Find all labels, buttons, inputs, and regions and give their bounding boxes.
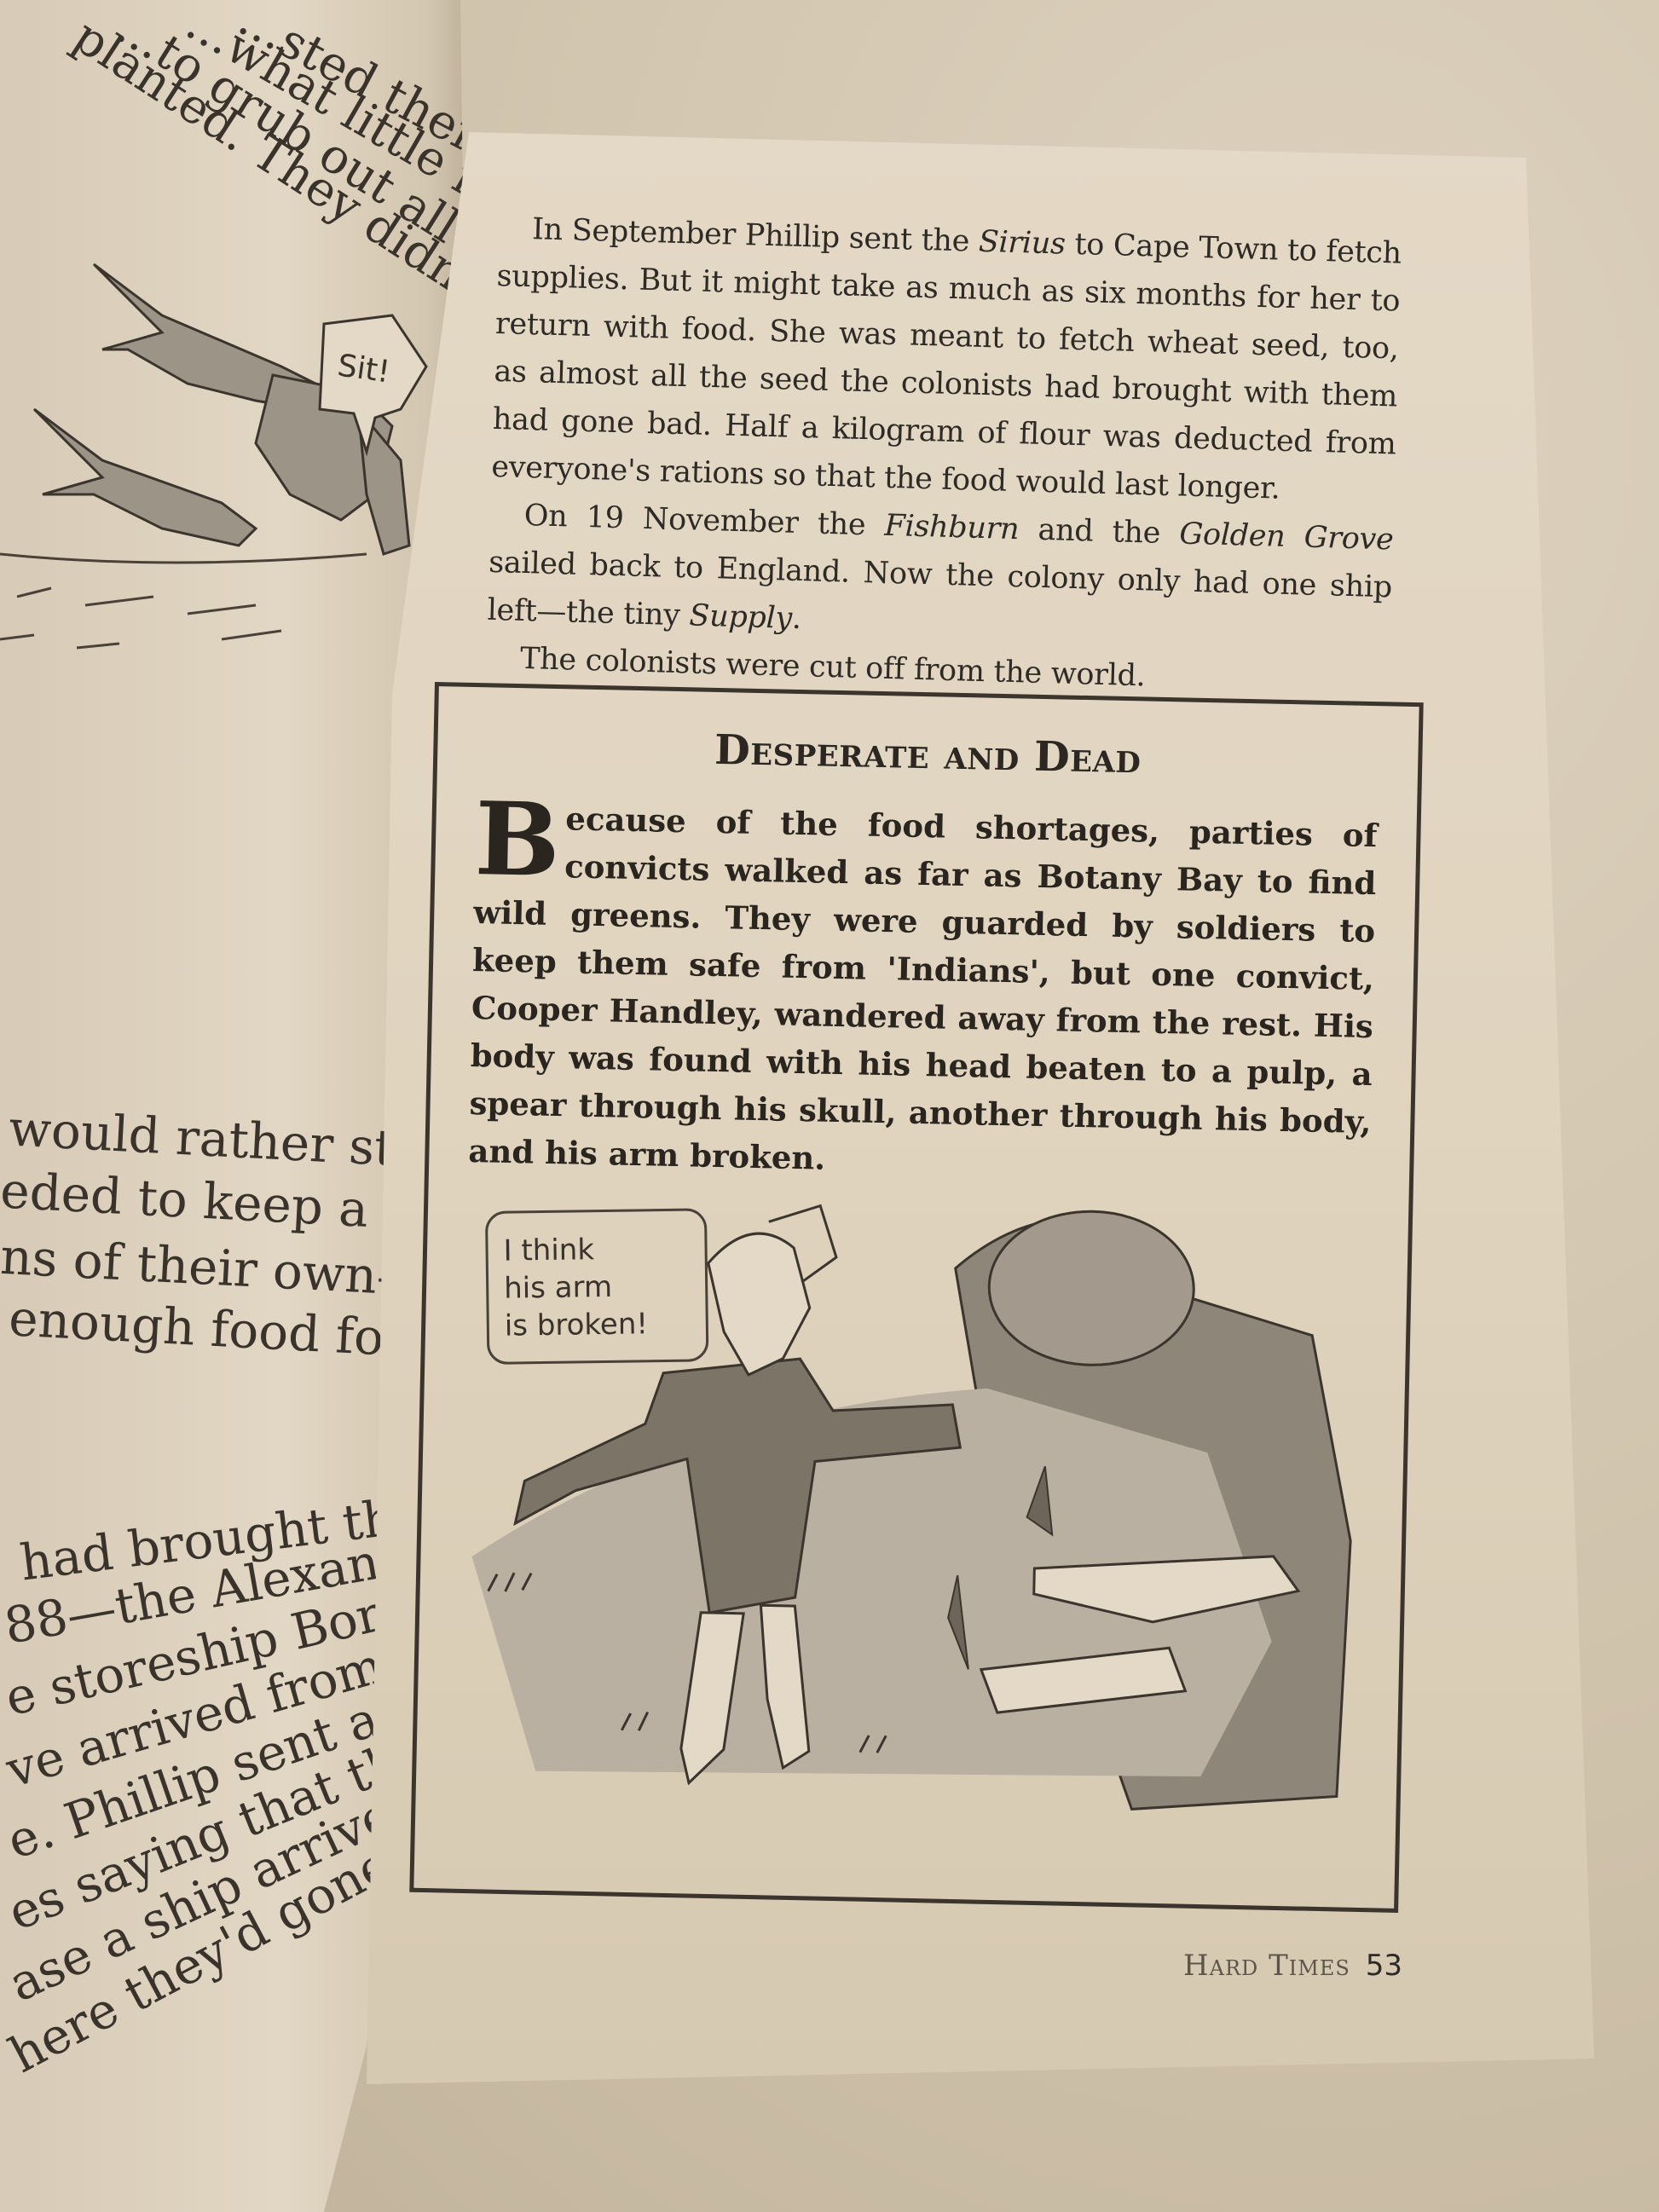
sidebar-box: Desperate and Dead Because of the food s… bbox=[409, 682, 1423, 1913]
text-segment: In September Phillip sent the bbox=[532, 212, 980, 259]
text-segment: sailed back to England. Now the colony o… bbox=[487, 546, 1392, 633]
right-page-body: In September Phillip sent the Sirius to … bbox=[485, 205, 1402, 707]
page-number: 53 bbox=[1366, 1949, 1402, 1983]
dogs-illustration: Sit! bbox=[0, 239, 443, 1074]
text-segment: . bbox=[791, 602, 801, 636]
sidebar-text: ecause of the food shortages, parties of… bbox=[468, 800, 1378, 1176]
speech-line-2: his arm bbox=[504, 1268, 691, 1308]
speech-line-1: I think bbox=[503, 1230, 690, 1270]
ship-name-golden-grove: Golden Grove bbox=[1179, 517, 1394, 557]
text-segment: and the bbox=[1019, 512, 1180, 551]
paragraph-sirius: In September Phillip sent the Sirius to … bbox=[491, 205, 1402, 516]
text-segment: to Cape Town to fetch supplies. But it m… bbox=[491, 228, 1402, 506]
paragraph-november: On 19 November the Fishburn and the Gold… bbox=[487, 491, 1394, 660]
running-title: Hard Times bbox=[1183, 1949, 1350, 1983]
ship-name-supply: Supply bbox=[689, 598, 793, 635]
ship-name-fishburn: Fishburn bbox=[884, 509, 1020, 546]
speech-line-3: is broken! bbox=[505, 1305, 691, 1345]
sidebar-title: Desperate and Dead bbox=[477, 721, 1379, 788]
drop-cap: B bbox=[474, 798, 561, 881]
page-footer: Hard Times53 bbox=[1183, 1949, 1402, 1983]
text-segment: On 19 November the bbox=[523, 499, 885, 543]
svg-text:Sit!: Sit! bbox=[335, 348, 392, 390]
arm-broken-speech-bubble: I think his arm is broken! bbox=[485, 1208, 708, 1365]
sidebar-body: Because of the food shortages, parties o… bbox=[468, 793, 1378, 1193]
ship-name-sirius: Sirius bbox=[978, 225, 1066, 262]
